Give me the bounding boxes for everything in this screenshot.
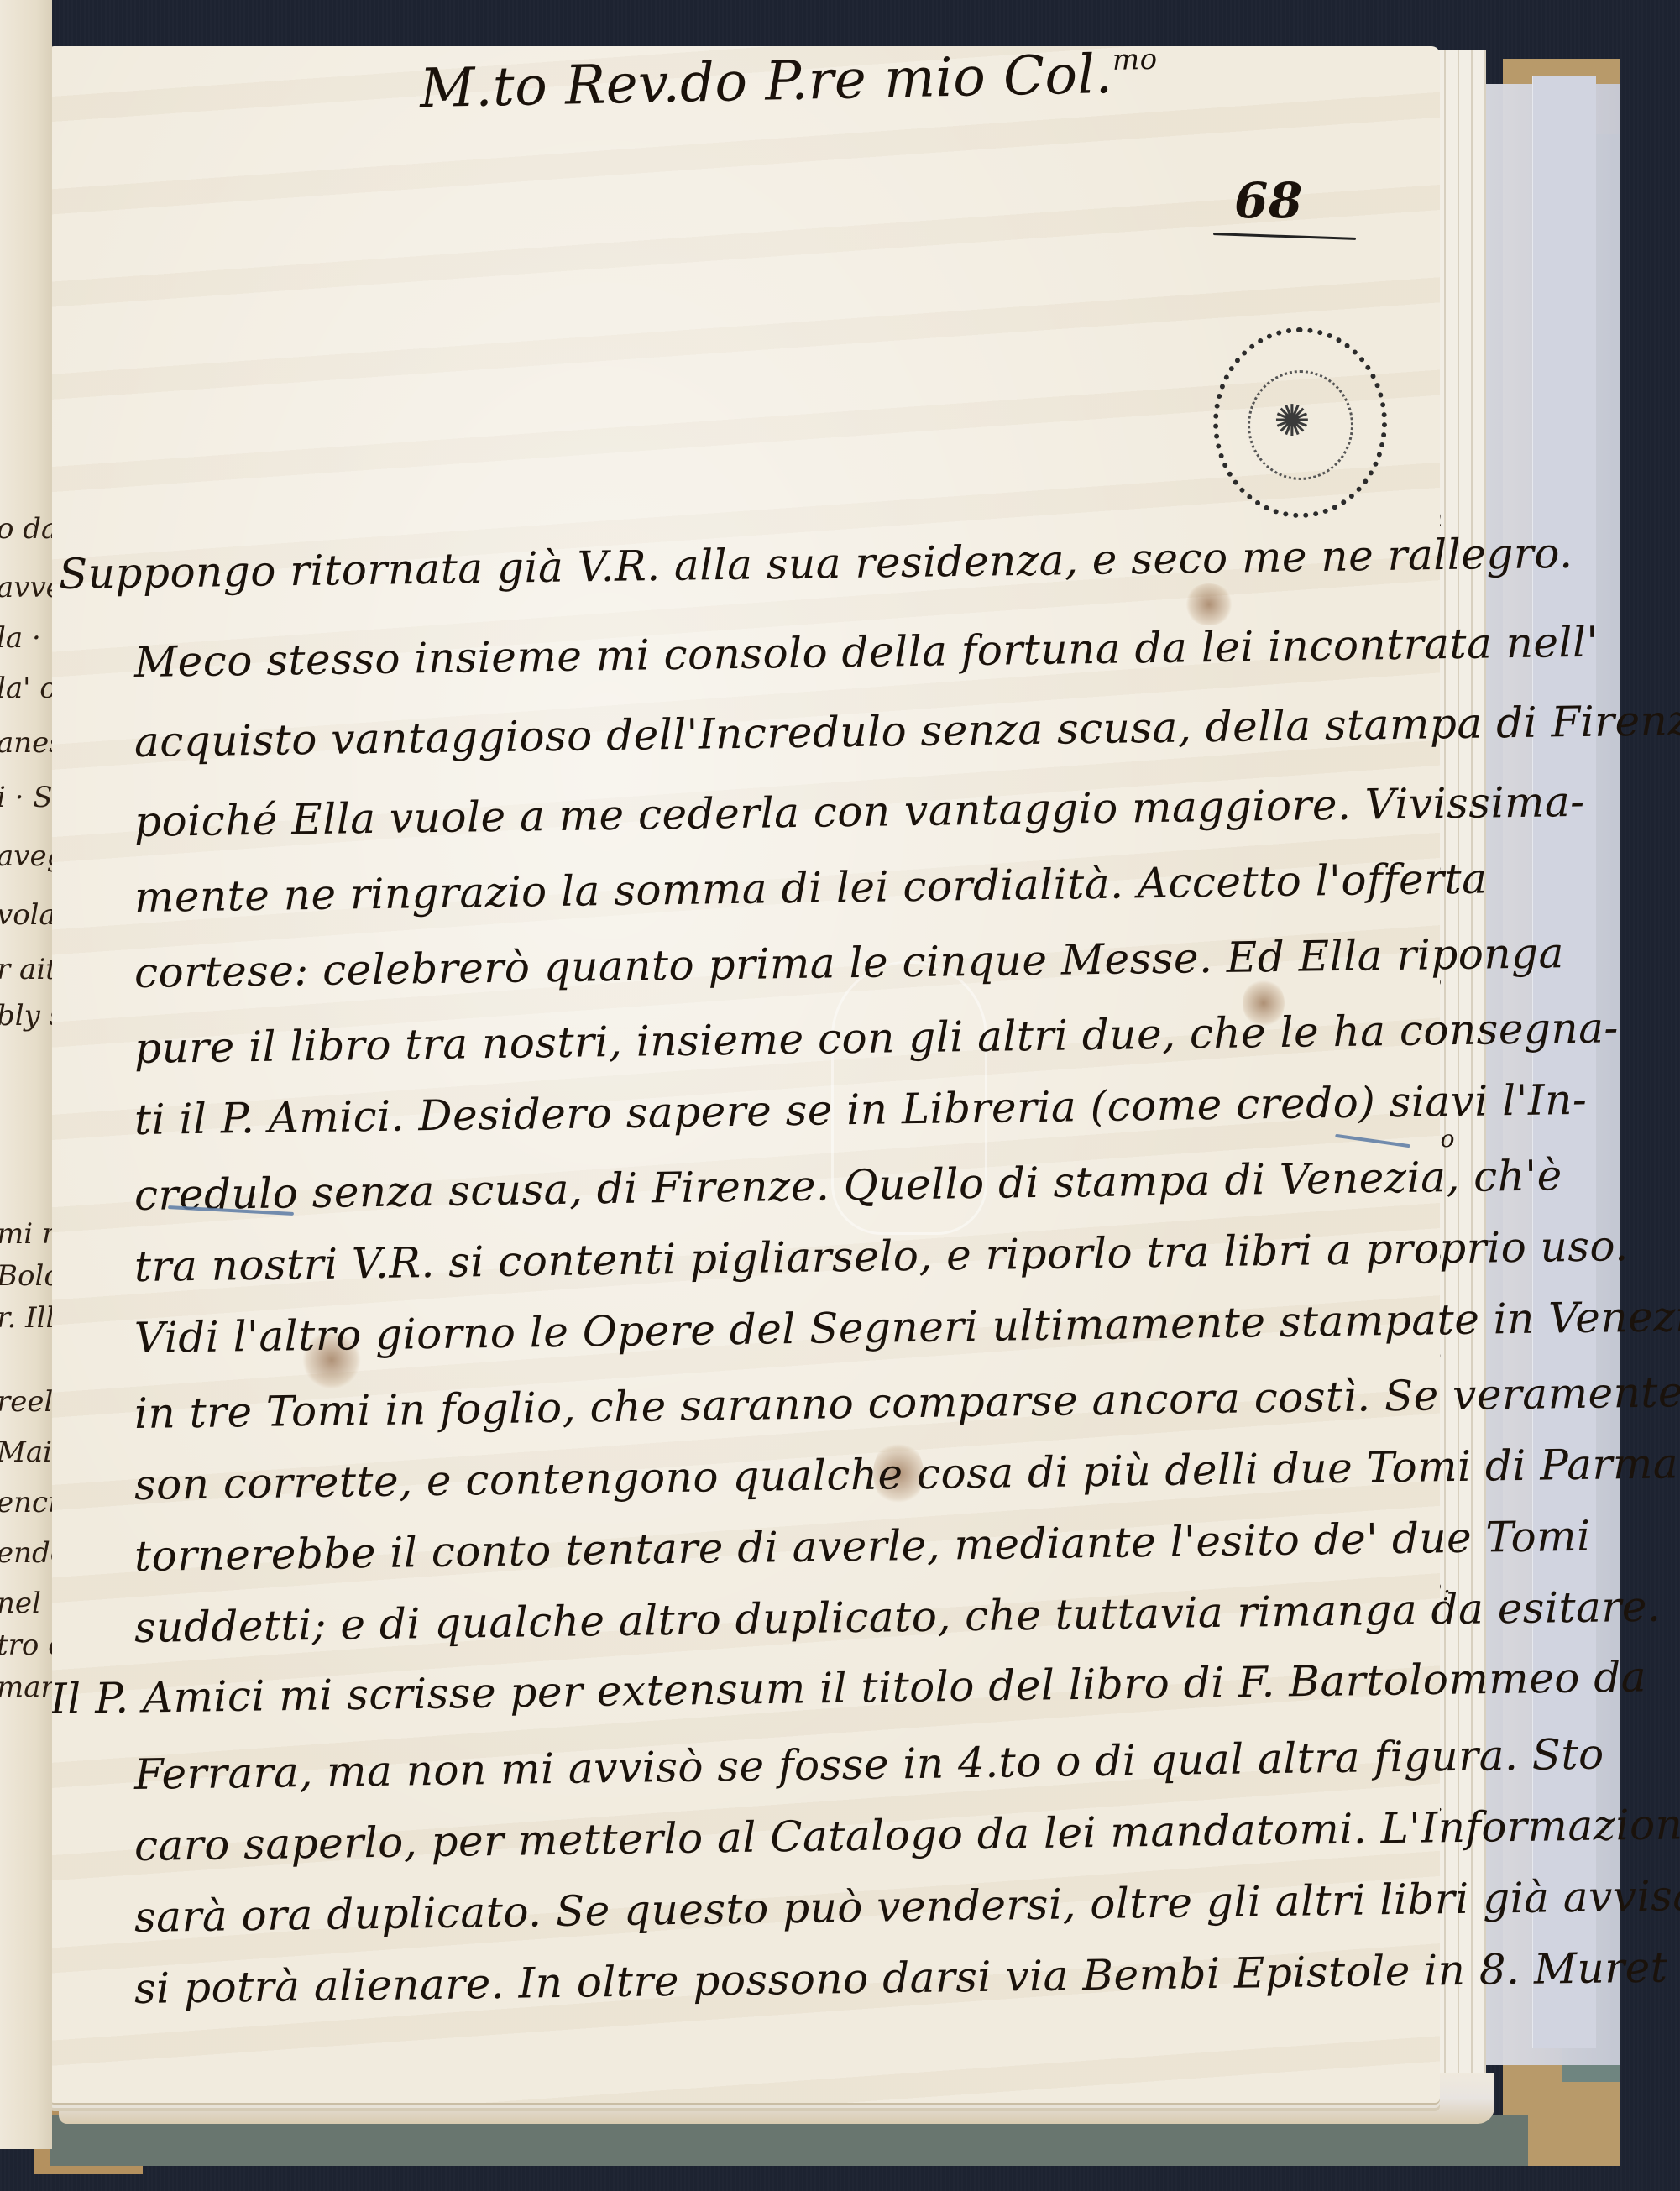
facing-page-text: o da ej avvern la · u la' ordi anesto ba…: [0, 0, 52, 2149]
facing-fragment: r ait: [0, 953, 52, 986]
salutation-superscript: mo: [1112, 43, 1159, 77]
facing-fragment: Maiietta: [0, 1435, 52, 1469]
facing-fragment: o da ej: [0, 512, 52, 546]
facing-fragment: tro ebbe: [0, 1629, 52, 1662]
facing-fragment: encrion: [0, 1486, 52, 1519]
facing-fragment: Bolog: [0, 1259, 52, 1293]
facing-fragment: volar:: [0, 898, 52, 932]
stamp-emblem-icon: ✺: [1274, 396, 1311, 447]
facing-fragment: la' ordi: [0, 672, 52, 705]
facing-fragment: nel 1717.: [0, 1587, 52, 1620]
facing-fragment: manci: [0, 1671, 52, 1704]
facing-fragment: reelere i: [0, 1385, 52, 1419]
facing-fragment: anesto ba: [0, 726, 52, 760]
folio-number: 68: [1234, 172, 1303, 229]
facing-fragment: i · Stan: [0, 781, 52, 814]
facing-fragment: bly sm: [0, 999, 52, 1033]
archive-stamp: ✺: [1213, 327, 1387, 518]
facing-fragment: r. Illan: [0, 1301, 52, 1335]
foxing-stain: [1184, 583, 1234, 625]
facing-fragment: avvern: [0, 571, 52, 604]
facing-fragment: aveglia: [0, 839, 52, 873]
facing-fragment: endola: [0, 1536, 52, 1570]
stamp-inner-ring: ✺: [1248, 370, 1353, 480]
facing-fragment: la · u: [0, 621, 52, 655]
facing-fragment: mi ri: [0, 1217, 52, 1251]
